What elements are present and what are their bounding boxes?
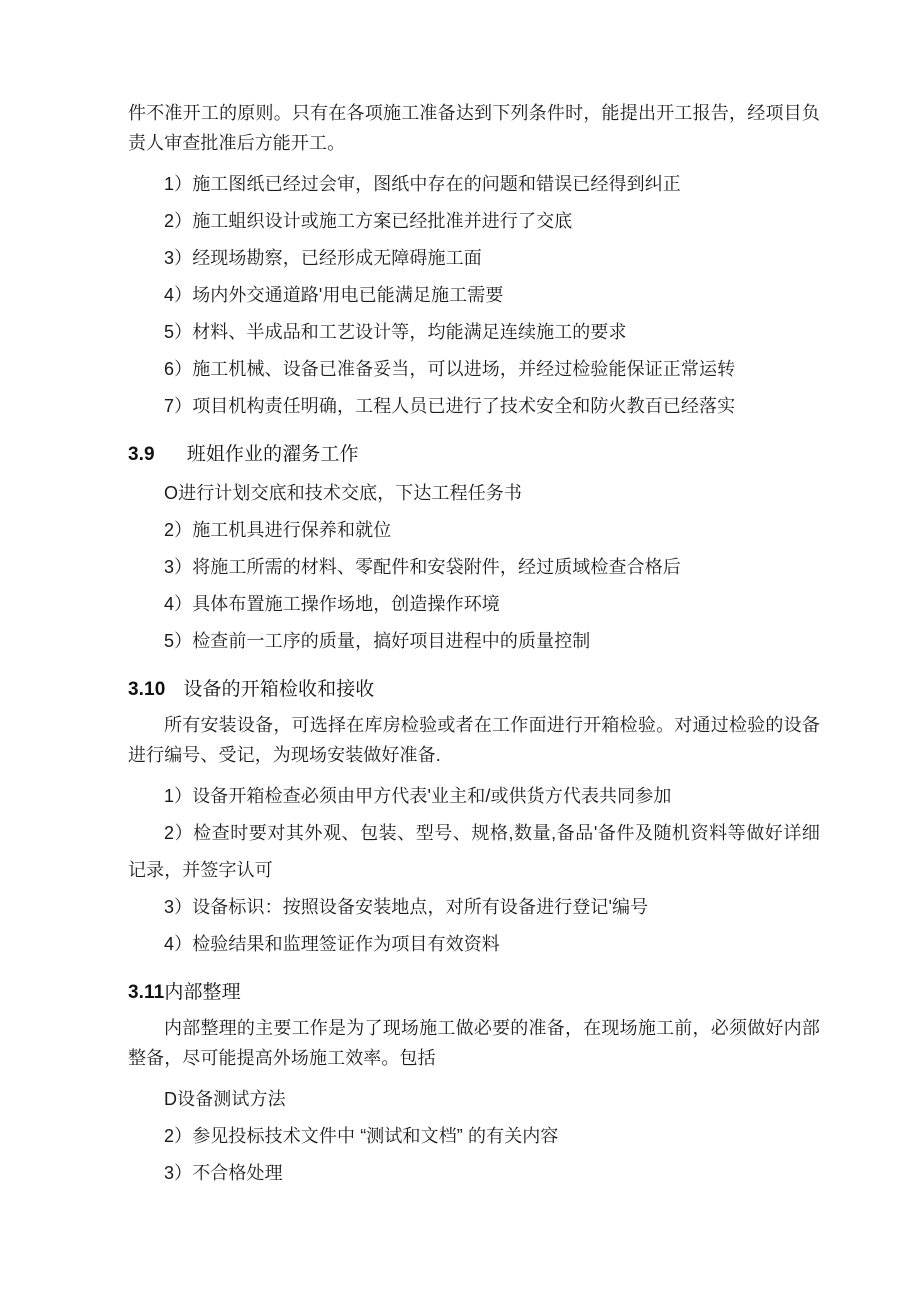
section-number: 3.11 [128, 982, 164, 1003]
list-item: 4）场内外交通道路'用电已能满足施工需要 [128, 277, 820, 314]
list-item: 3）经现场勘察，已经形成无障碍施工面 [128, 240, 820, 277]
section-heading-3-11: 3.11内部整理 [128, 981, 820, 1005]
list-item: 4）检验结果和监理签证作为项目有效资料 [128, 926, 820, 963]
list-item: 6）施工机械、设备已准备妥当，可以进场，并经过检验能保证正常运转 [128, 351, 820, 388]
section-number: 3.10 [128, 679, 165, 700]
section-number: 3.9 [128, 444, 155, 465]
list-item: 2）参见投标技术文件中 “测试和文档” 的有关内容 [128, 1118, 820, 1155]
section-title: 班姐作业的濯务工作 [187, 444, 359, 465]
list-item: 5）材料、半成品和工艺设计等，均能满足连续施工的要求 [128, 314, 820, 351]
list-item: 1）施工图纸已经过会审，图纸中存在的问题和错误已经得到纠正 [128, 166, 820, 203]
list-item: 3）设备标识：按照设备安装地点，对所有设备进行登记'编号 [128, 889, 820, 926]
list-item: 3）不合格处理 [128, 1155, 820, 1192]
paragraph: 内部整理的主要工作是为了现场施工做必要的准备，在现场施工前，必须做好内部整备，尽… [128, 1013, 820, 1073]
list-item: 2）施工机具进行保养和就位 [128, 512, 820, 549]
paragraph-continued: 件不准开工的原则。只有在各项施工准备达到下列条件时，能提出开工报告，经项目负责人… [128, 98, 820, 158]
list-item: 7）项目机构责任明确，工程人员已进行了技术安全和防火教百已经落实 [128, 388, 820, 425]
list-item: 2）施工蛆织设计或施工方案已经批准并进行了交底 [128, 203, 820, 240]
section-title: 内部整理 [164, 982, 240, 1003]
document-page: 件不准开工的原则。只有在各项施工准备达到下列条件时，能提出开工报告，经项目负责人… [0, 0, 920, 1301]
list-item: 4）具体布置施工操作场地，创造操作环境 [128, 586, 820, 623]
section-heading-3-9: 3.9班姐作业的濯务工作 [128, 443, 820, 467]
list-item: 2）检查时要对其外观、包装、型号、规格,数量,备品'备件及随机资料等做好详细记录… [128, 815, 820, 889]
list-item: 3）将施工所需的材料、零配件和安袋附件，经过质域检查合格后 [128, 549, 820, 586]
list-item: 1）设备开箱检查必须由甲方代表'业主和/或供货方代表共同参加 [128, 778, 820, 815]
list-item: D设备测试方法 [128, 1081, 820, 1118]
list-item: O进行计划交底和技术交底，下达工程任务书 [128, 475, 820, 512]
list-item: 5）检查前一工序的质量，搞好项目进程中的质量控制 [128, 623, 820, 660]
section-heading-3-10: 3.10设备的开箱检收和接收 [128, 678, 820, 702]
paragraph: 所有安装设备，可选择在库房检验或者在工作面进行开箱检验。对通过检验的设备进行编号… [128, 710, 820, 770]
section-title: 设备的开箱检收和接收 [183, 679, 374, 700]
